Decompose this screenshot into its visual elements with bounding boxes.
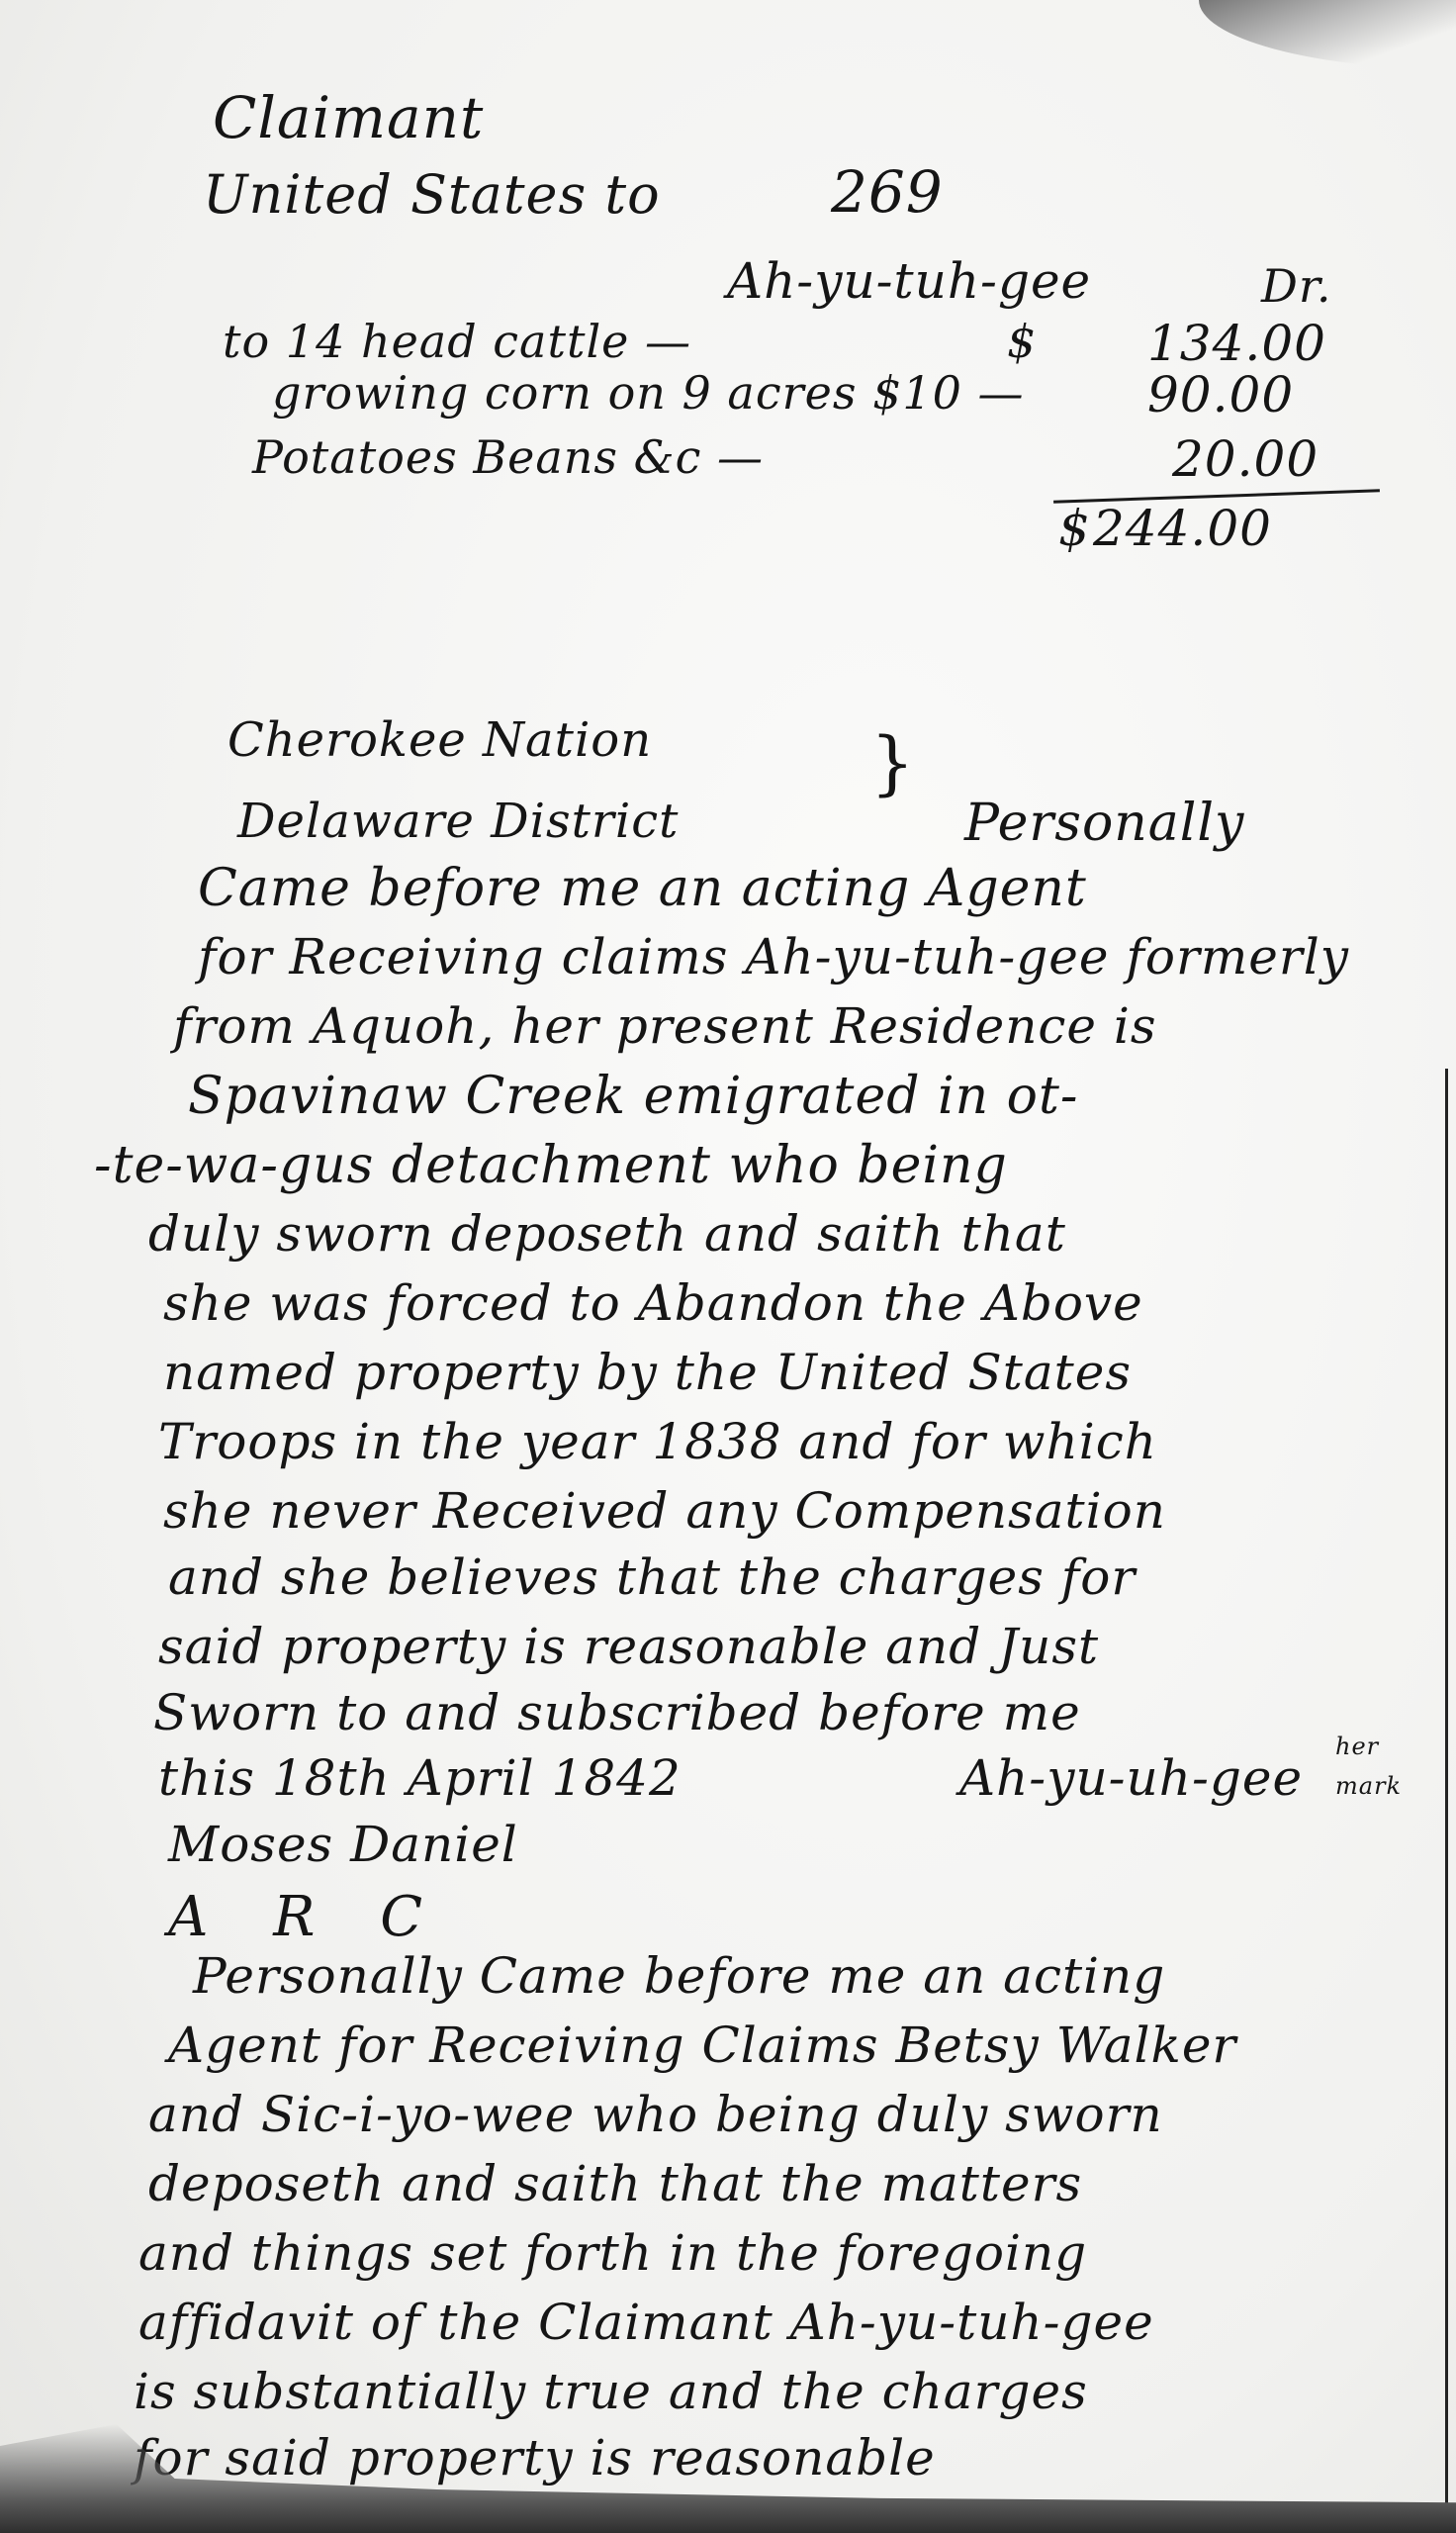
item-1-amount: 134.00	[1147, 315, 1326, 372]
affidavit-line: she never Received any Compensation	[163, 1482, 1166, 1540]
item-3-description: Potatoes Beans &c —	[252, 430, 764, 484]
total-amount: 244.00	[1093, 500, 1272, 557]
witness-line: deposeth and saith that the matters	[148, 2155, 1082, 2212]
agent-title: A R C	[168, 1885, 446, 1949]
witness-line: Personally Came before me an acting	[193, 1947, 1165, 2005]
affidavit-line: and she believes that the charges for	[168, 1548, 1136, 1606]
claimant-name: Ah-yu-tuh-gee	[727, 252, 1091, 310]
item-1-description: to 14 head cattle —	[223, 315, 691, 368]
affidavit-date: this 18th April 1842	[158, 1749, 682, 1807]
item-3-amount: 20.00	[1172, 430, 1319, 488]
venue-nation: Cherokee Nation	[227, 712, 652, 768]
witness-line: is substantially true and the charges	[134, 2363, 1088, 2420]
item-1-currency: $	[1007, 315, 1037, 368]
witness-line: and Sic-i-yo-wee who being duly sworn	[148, 2086, 1163, 2143]
affidavit-line: Sworn to and subscribed before me	[153, 1684, 1081, 1741]
affidavit-line: Spavinaw Creek emigrated in ot-	[188, 1067, 1078, 1126]
witness-line: Agent for Receiving Claims Betsy Walker	[168, 2017, 1236, 2074]
page-curl-top	[1199, 0, 1456, 69]
scanned-page: Claimant United States to 269 Ah-yu-tuh-…	[0, 0, 1456, 2533]
page-edge	[1445, 1069, 1448, 2533]
item-2-description: growing corn on 9 acres $10 —	[272, 366, 1025, 420]
affidavit-line: Personally	[964, 794, 1244, 853]
affidavit-line: Troops in the year 1838 and for which	[158, 1413, 1157, 1470]
claimant-signature: Ah-yu-uh-gee	[959, 1749, 1303, 1807]
affidavit-line: said property is reasonable and Just	[158, 1618, 1099, 1675]
venue-district: Delaware District	[237, 794, 679, 849]
affidavit-line: from Aquoh, her present Residence is	[173, 997, 1157, 1055]
item-2-amount: 90.00	[1147, 366, 1294, 423]
payer-line: United States to	[203, 163, 661, 226]
witness-line: for said property is reasonable	[134, 2429, 936, 2486]
signature-mark: her mark	[1335, 1727, 1395, 1806]
total-currency: $	[1058, 500, 1091, 557]
agent-name: Moses Daniel	[168, 1816, 518, 1873]
affidavit-line: for Receiving claims Ah-yu-tuh-gee forme…	[198, 928, 1349, 985]
affidavit-line: duly sworn deposeth and saith that	[148, 1205, 1066, 1263]
affidavit-line: -te-wa-gus detachment who being	[94, 1136, 1008, 1195]
affidavit-line: named property by the United States	[163, 1344, 1132, 1401]
affidavit-line: Came before me an acting Agent	[198, 859, 1087, 918]
heading-claimant: Claimant	[213, 84, 484, 151]
witness-line: and things set forth in the foregoing	[138, 2224, 1087, 2282]
affidavit-line: she was forced to Abandon the Above	[163, 1274, 1143, 1332]
claim-number: 269	[831, 158, 944, 226]
dr-label: Dr.	[1261, 259, 1331, 313]
witness-line: affidavit of the Claimant Ah-yu-tuh-gee	[138, 2294, 1154, 2351]
venue-brace: }	[870, 722, 916, 803]
